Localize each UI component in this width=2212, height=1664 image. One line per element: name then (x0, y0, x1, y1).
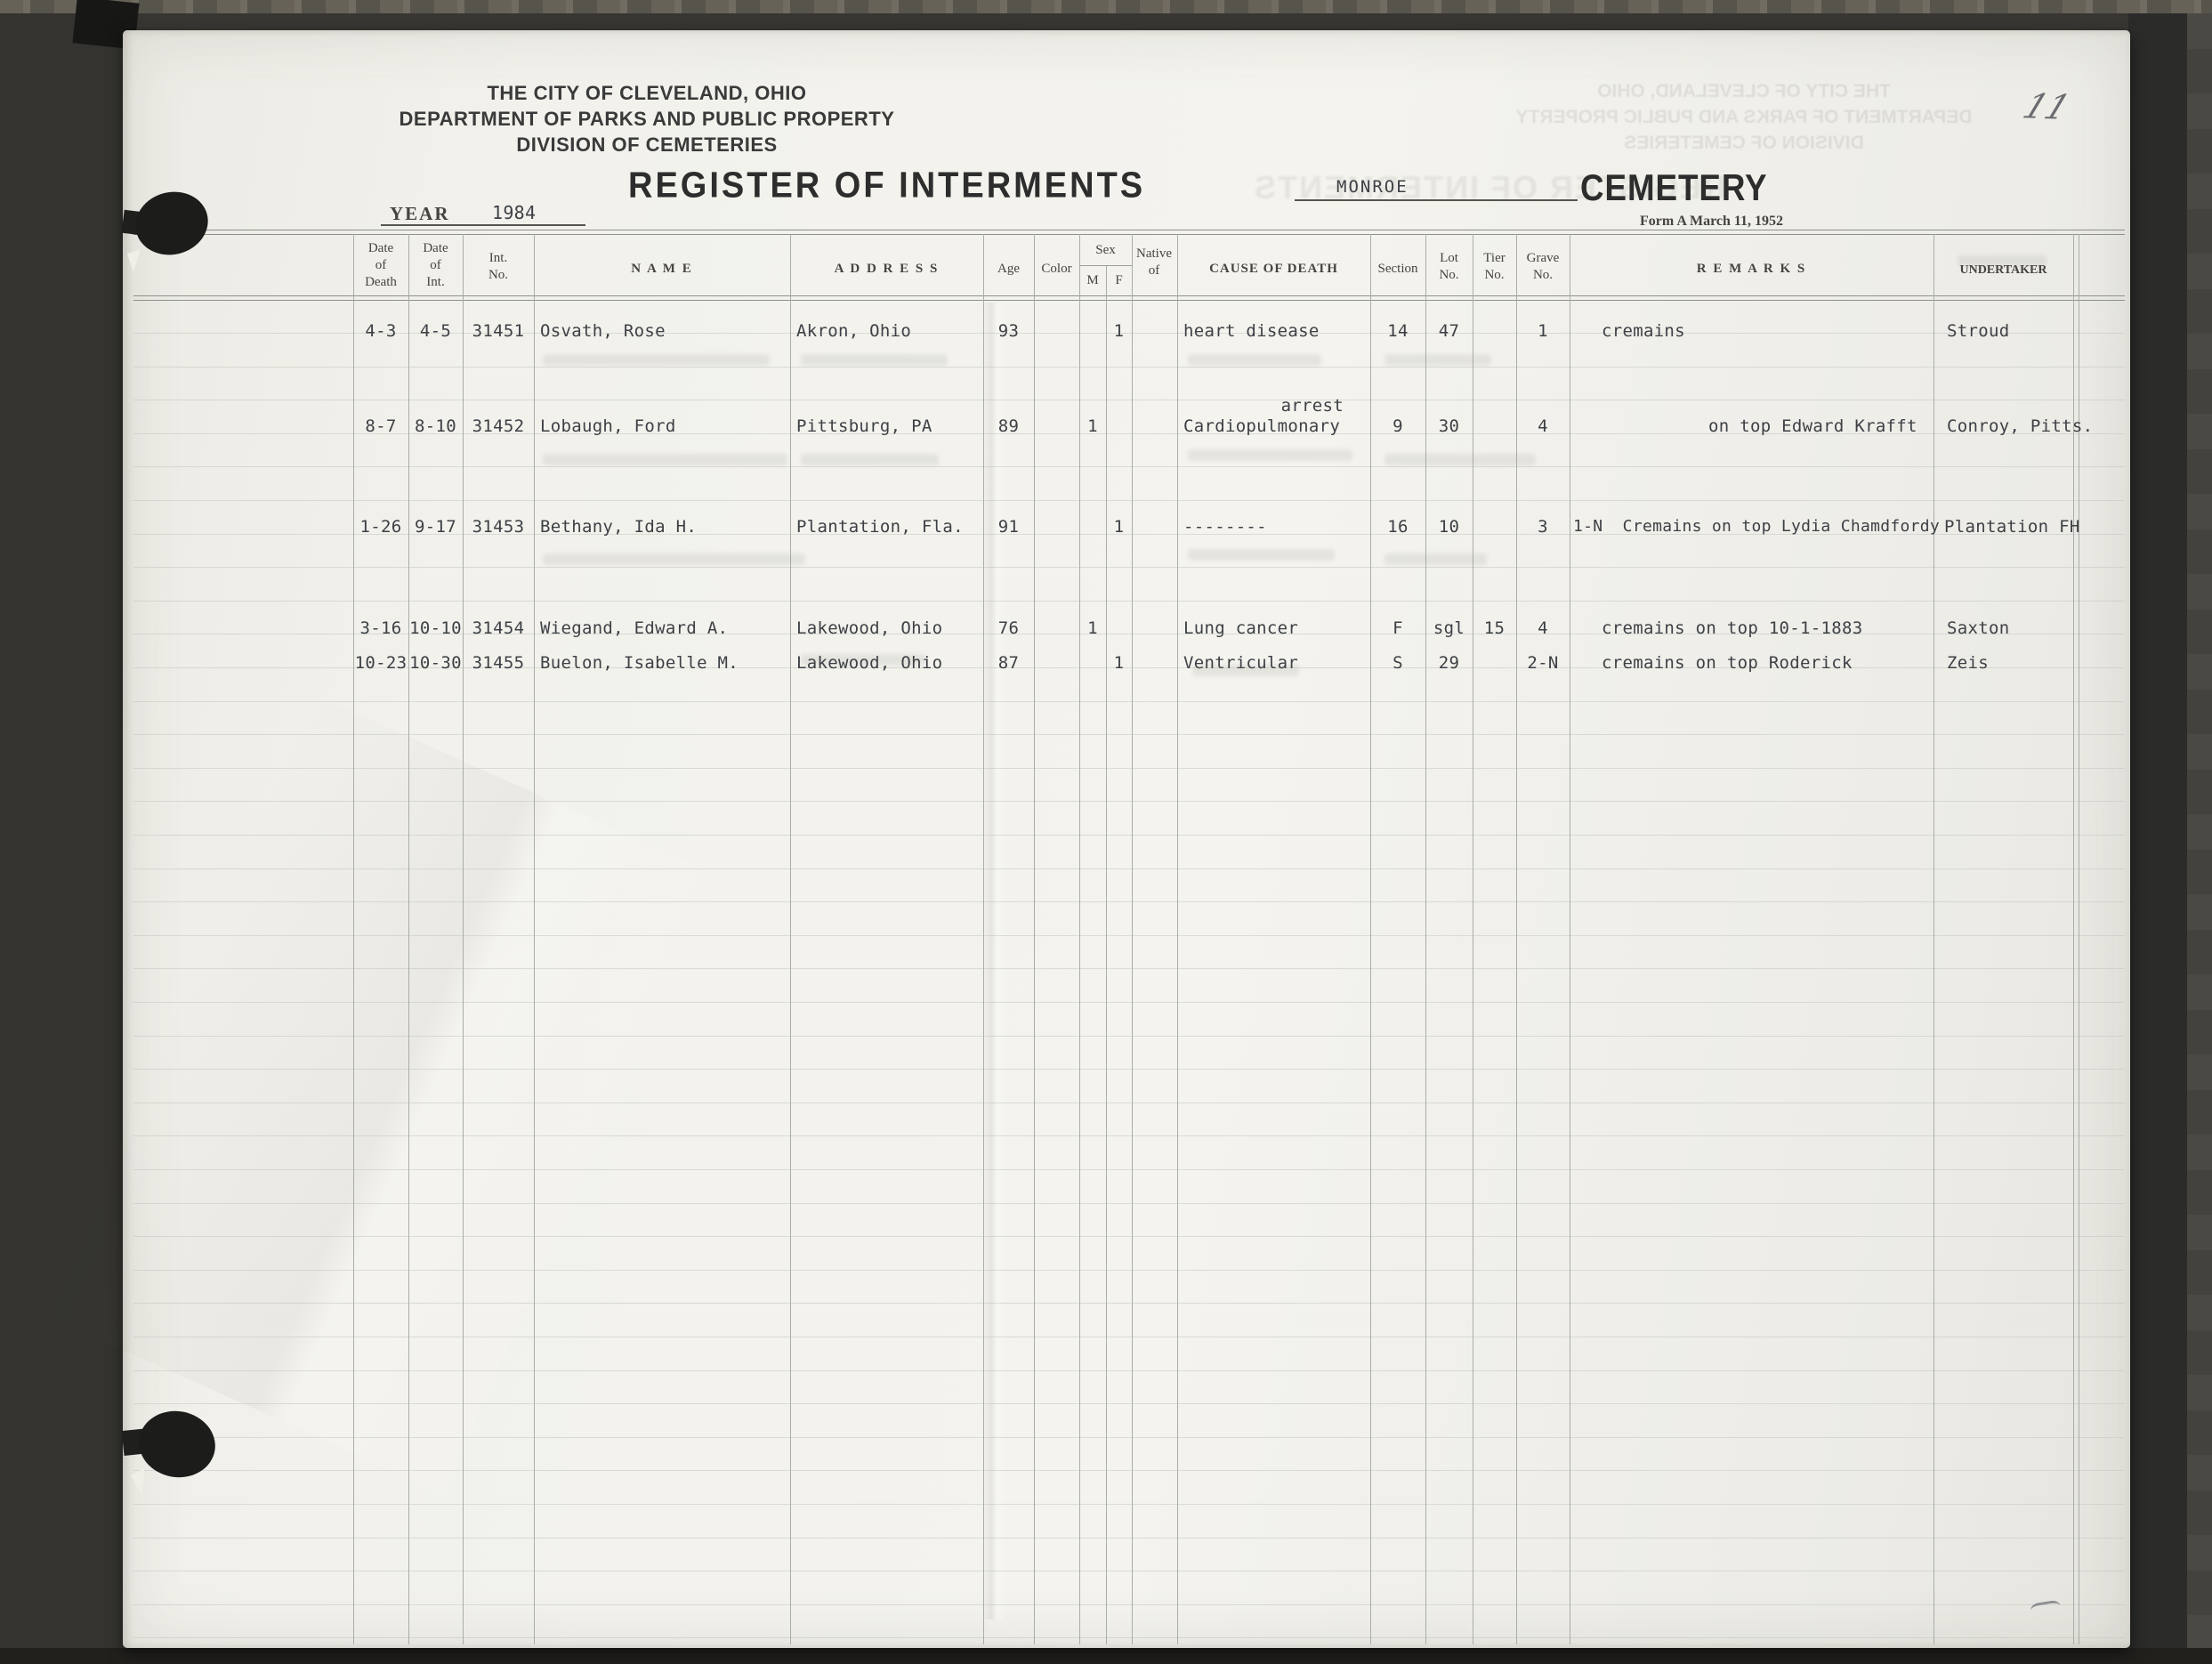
cell-section: S (1370, 653, 1425, 673)
grid-line (133, 734, 2125, 735)
grid-line (133, 1270, 2125, 1271)
grid-line (133, 1470, 2125, 1471)
grid-line (133, 1437, 2125, 1438)
grid-line (353, 234, 354, 1644)
grid-line (1079, 265, 1132, 266)
cell-date-of-int: 8-10 (408, 416, 463, 436)
cell-date-of-int: 10-10 (408, 618, 463, 638)
cell-age: 89 (983, 416, 1034, 436)
grid-line (1473, 234, 1473, 1644)
col-header-sex: Sex (1079, 242, 1132, 259)
cell-cause-line1: arrest (1183, 396, 1344, 416)
cell-address: Akron, Ohio (796, 321, 911, 341)
cell-name: Wiegand, Edward A. (540, 618, 728, 638)
grid-line (133, 868, 2125, 869)
grid-line (1425, 234, 1426, 1644)
cell-sex-f: 1 (1106, 517, 1132, 537)
col-header-date-of-death: Date of Death (353, 240, 408, 291)
bleedthrough-smudge (1385, 454, 1536, 465)
form-note: Form A March 11, 1952 (1640, 213, 1783, 230)
cell-date-of-death: 4-3 (353, 321, 408, 341)
letterhead-line1: THE CITY OF CLEVELAND, OHIO (335, 80, 958, 106)
cell-sex-m: 1 (1079, 618, 1106, 638)
grid-line (408, 234, 409, 1644)
col-header-cause-of-death: CAUSE OF DEATH (1177, 261, 1370, 278)
col-header-tier-no: Tier No. (1473, 250, 1516, 284)
cell-undertaker: Plantation FH (1944, 517, 2080, 537)
grid-line (133, 1236, 2125, 1237)
grid-line (133, 234, 2125, 235)
cell-int-no: 31453 (463, 517, 534, 537)
cell-int-no: 31452 (463, 416, 534, 436)
cell-name: Buelon, Isabelle M. (540, 653, 739, 673)
grid-line (133, 500, 2125, 501)
grid-line (1034, 234, 1035, 1644)
col-header-native-of: Native of (1128, 246, 1180, 279)
cell-sex-f: 1 (1106, 321, 1132, 341)
scanner-right-band (2128, 13, 2187, 1664)
cell-age: 87 (983, 653, 1034, 673)
grid-line (133, 1370, 2125, 1371)
grid-line (1079, 234, 1080, 1644)
cell-address: Lakewood, Ohio (796, 653, 942, 673)
cell-cause: -------- (1183, 517, 1267, 537)
cell-date-of-death: 1-26 (353, 517, 408, 537)
grid-line (133, 701, 2125, 702)
grid-line (1177, 234, 1178, 1644)
cell-tier: 15 (1473, 618, 1516, 638)
bleedthrough-line: DEPARTMENT OF PARKS AND PUBLIC PROPERTY (1450, 104, 2038, 130)
scanner-right-texture (2187, 13, 2212, 1664)
grid-line (133, 1303, 2125, 1304)
cell-remarks: cremains (1602, 321, 1685, 341)
cell-age: 91 (983, 517, 1034, 537)
cell-address: Plantation, Fla. (796, 517, 964, 537)
cell-remarks: 1-N Cremains on top Lydia Chamdfordy (1573, 517, 1940, 537)
grid-line (133, 801, 2125, 802)
grid-line (133, 1337, 2125, 1337)
cell-sex-f: 1 (1106, 653, 1132, 673)
bleedthrough-smudge (543, 553, 805, 565)
bleedthrough-line: DIVISION OF CEMETERIES (1450, 130, 2038, 156)
col-header-lot-no: Lot No. (1425, 250, 1473, 284)
cell-grave: 1 (1516, 321, 1570, 341)
col-header-name: N A M E (534, 261, 790, 278)
grid-line (133, 1403, 2125, 1404)
grid-line (133, 1637, 2125, 1638)
cell-undertaker: Saxton (1947, 618, 2009, 638)
cell-lot: 30 (1425, 416, 1473, 436)
grid-line (133, 901, 2125, 902)
cell-cause: Ventricular (1183, 653, 1298, 673)
scanner-left-band (0, 13, 125, 1664)
grid-line (133, 1538, 2125, 1539)
bleedthrough-smudge (1385, 553, 1487, 565)
grid-line (133, 300, 2125, 301)
grid-line (1933, 234, 1934, 1644)
col-header-sex-m: M (1079, 272, 1106, 289)
cell-date-of-death: 8-7 (353, 416, 408, 436)
bleedthrough-letterhead: THE CITY OF CLEVELAND, OHIO DEPARTMENT O… (1450, 78, 2038, 156)
cell-date-of-int: 10-30 (408, 653, 463, 673)
grid-line (133, 466, 2125, 467)
cell-int-no: 31451 (463, 321, 534, 341)
year-label: YEAR (390, 206, 450, 222)
cell-age: 93 (983, 321, 1034, 341)
grid-line (2073, 234, 2074, 1644)
cell-section: 9 (1370, 416, 1425, 436)
grid-line (133, 1036, 2125, 1037)
scanner-bottom-band (0, 1648, 2212, 1664)
bleedthrough-smudge (801, 354, 948, 366)
cell-date-of-death: 10-23 (353, 653, 408, 673)
cell-section: F (1370, 618, 1425, 638)
cell-sex-m: 1 (1079, 416, 1106, 436)
col-header-age: Age (983, 261, 1034, 278)
col-header-address: A D D R E S S (790, 261, 983, 278)
letterhead-line2: DEPARTMENT OF PARKS AND PUBLIC PROPERTY (335, 106, 958, 132)
col-header-color: Color (1034, 261, 1079, 278)
grid-line (1132, 234, 1133, 1644)
grid-line (133, 367, 2125, 368)
grid-line (1370, 234, 1371, 1644)
grid-line (133, 968, 2125, 969)
grid-line (463, 234, 464, 1644)
col-header-date-of-int: Date of Int. (408, 240, 463, 291)
cell-undertaker: Stroud (1947, 321, 2009, 341)
bleedthrough-smudge (1188, 549, 1335, 561)
cell-remarks: on top Edward Krafft (1708, 416, 1917, 436)
bleedthrough-smudge (1188, 354, 1321, 366)
grid-line (133, 1571, 2125, 1571)
cemetery-name-value: MONROE (1336, 177, 1409, 197)
col-header-remarks: R E M A R K S (1570, 261, 1933, 278)
bleedthrough-smudge (1188, 449, 1352, 461)
grid-line (133, 1203, 2125, 1204)
grid-line (133, 567, 2125, 568)
cell-remarks: cremains on top Roderick (1602, 653, 1853, 673)
grid-line (534, 234, 535, 1644)
cell-cause: heart disease (1183, 321, 1320, 341)
cell-undertaker: Zeis (1947, 653, 1989, 673)
grid-line (133, 1504, 2125, 1505)
grid-line (1106, 265, 1107, 1644)
cell-lot: sgl (1425, 618, 1473, 638)
grid-line (133, 768, 2125, 769)
letterhead: THE CITY OF CLEVELAND, OHIO DEPARTMENT O… (335, 80, 958, 158)
grid-line (133, 1002, 2125, 1003)
grid-line (133, 1169, 2125, 1170)
cell-grave: 3 (1516, 517, 1570, 537)
grid-line (133, 295, 2125, 296)
bleedthrough-smudge (801, 454, 939, 465)
cell-undertaker: Conroy, Pitts. (1947, 416, 2093, 436)
scanner-top-strip (0, 0, 2212, 13)
grid-line (133, 230, 2125, 230)
cell-age: 76 (983, 618, 1034, 638)
cell-date-of-int: 9-17 (408, 517, 463, 537)
grid-line (133, 1604, 2125, 1605)
col-header-undertaker: UNDERTAKER (1933, 262, 2073, 279)
grid-line (133, 601, 2125, 602)
cell-grave: 2-N (1516, 653, 1570, 673)
grid-line (983, 234, 984, 1644)
cemetery-name-underline (1295, 199, 1578, 201)
cell-grave: 4 (1516, 416, 1570, 436)
cell-int-no: 31454 (463, 618, 534, 638)
cell-name: Osvath, Rose (540, 321, 666, 341)
year-value: 1984 (492, 203, 536, 222)
scanned-register-page: THE CITY OF CLEVELAND, OHIO DEPARTMENT O… (0, 0, 2212, 1664)
grid-line (133, 1135, 2125, 1136)
bleedthrough-smudge (543, 354, 770, 366)
cell-section: 16 (1370, 517, 1425, 537)
cell-address: Lakewood, Ohio (796, 618, 942, 638)
cell-cause: Lung cancer (1183, 618, 1298, 638)
year-underline (381, 224, 585, 226)
grid-line (790, 234, 791, 1644)
col-header-int-no: Int. No. (463, 250, 534, 284)
cell-date-of-death: 3-16 (353, 618, 408, 638)
cell-lot: 29 (1425, 653, 1473, 673)
cell-cause: Cardiopulmonary (1183, 416, 1340, 436)
col-header-section: Section (1370, 261, 1425, 278)
grid-line (133, 935, 2125, 936)
grid-line (1516, 234, 1517, 1644)
cell-address: Pittsburg, PA (796, 416, 932, 436)
col-header-grave-no: Grave No. (1516, 250, 1570, 284)
bleedthrough-smudge (543, 454, 787, 465)
cell-lot: 10 (1425, 517, 1473, 537)
grid-line (133, 1103, 2125, 1103)
cell-date-of-int: 4-5 (408, 321, 463, 341)
cell-remarks: cremains on top 10-1-1883 (1602, 618, 1862, 638)
bleedthrough-smudge (1385, 354, 1491, 366)
grid-line (1570, 234, 1570, 1644)
grid-line (133, 835, 2125, 836)
page-title: REGISTER OF INTERMENTS (628, 166, 1145, 206)
cemetery-label: CEMETERY (1580, 167, 1767, 209)
letterhead-line3: DIVISION OF CEMETERIES (335, 132, 958, 158)
cell-section: 14 (1370, 321, 1425, 341)
cell-grave: 4 (1516, 618, 1570, 638)
cell-lot: 47 (1425, 321, 1473, 341)
cell-name: Lobaugh, Ford (540, 416, 676, 436)
bleedthrough-line: THE CITY OF CLEVELAND, OHIO (1450, 78, 2038, 104)
grid-line (2079, 234, 2079, 1644)
grid-line (133, 400, 2125, 400)
cell-name: Bethany, Ida H. (540, 517, 697, 537)
grid-line (133, 1069, 2125, 1070)
cell-int-no: 31455 (463, 653, 534, 673)
